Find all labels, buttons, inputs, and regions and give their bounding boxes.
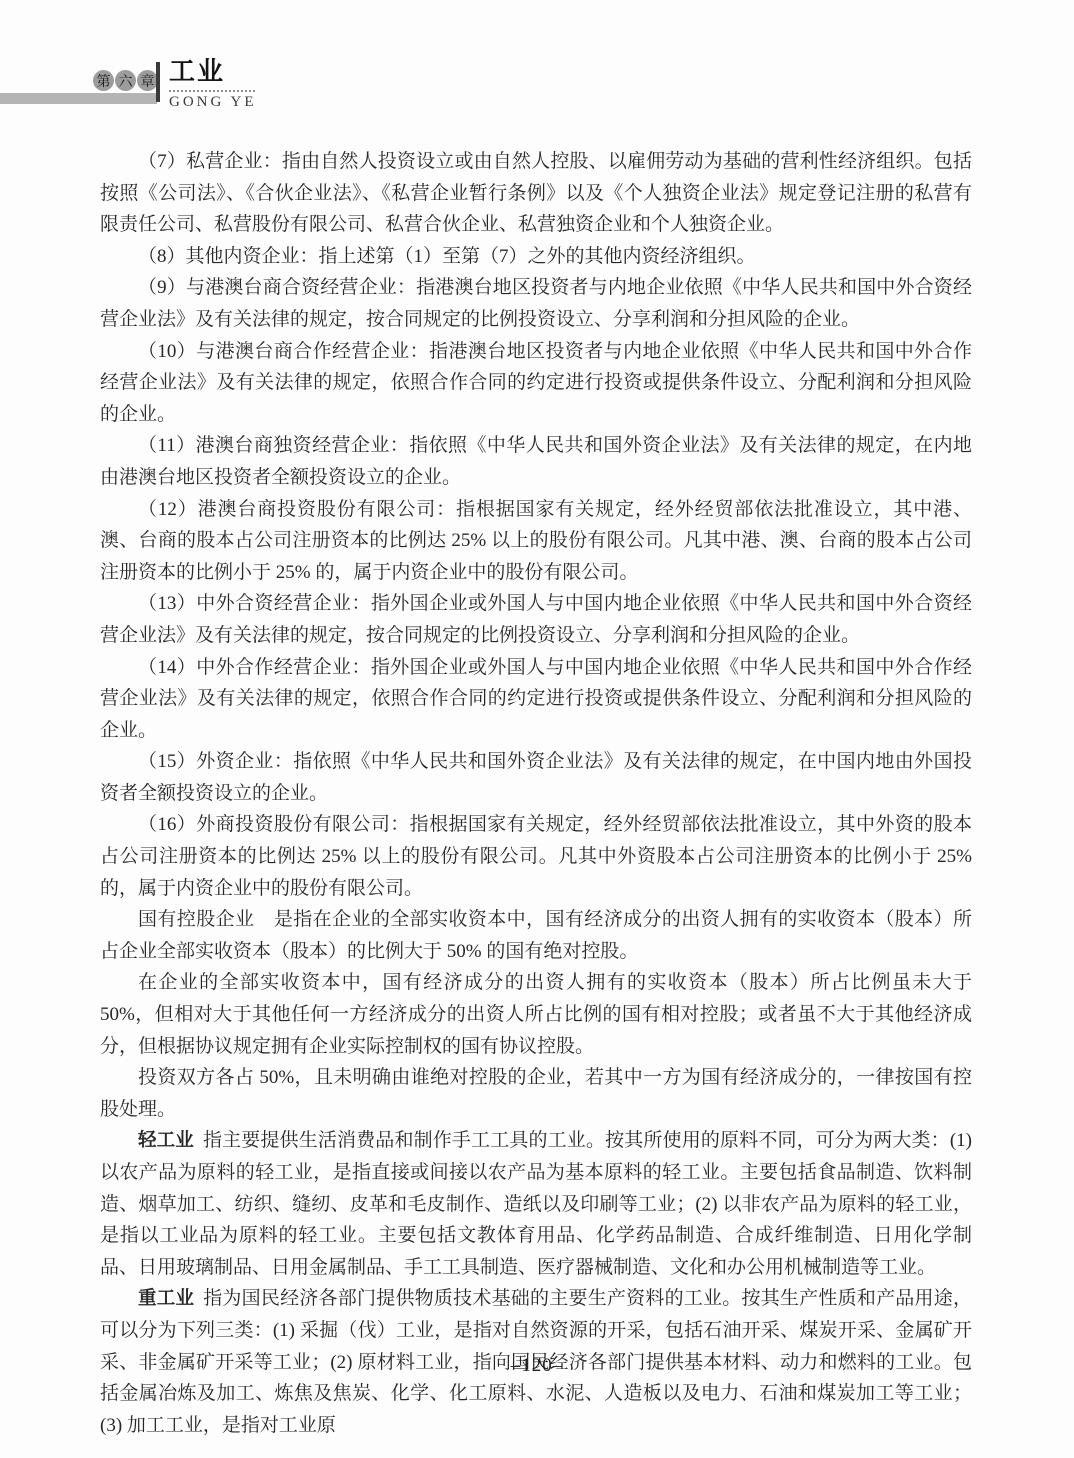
paragraph-fifty-fifty: 投资双方各占 50%，且未明确由谁绝对控股的企业，若其中一方为国有经济成分的，一… [100,1062,972,1125]
light-industry-definition: 指主要提供生活消费品和制作手工工具的工业。按其所使用的原料不同，可分为两大类：(… [100,1130,972,1277]
body-text: （7）私营企业：指由自然人投资设立或由自然人控股、以雇佣劳动为基础的营利性经济组… [100,146,972,1441]
chapter-badge: 第 六 章 [93,70,158,91]
paragraph-10: （10）与港澳台商合作经营企业：指港澳台地区投资者与内地企业依照《中华人民共和国… [100,336,972,431]
term-heavy-industry: 重工业 [138,1288,194,1309]
paragraph-13: （13）中外合资经营企业：指外国企业或外国人与中国内地企业依照《中华人民共和国中… [100,588,972,651]
paragraph-11: （11）港澳台商独资经营企业：指依照《中华人民共和国外资企业法》及有关法律的规定… [100,430,972,493]
chapter-title: 工业 [169,58,255,92]
chapter-subtitle: GONG YE [169,94,257,111]
page-number: –120– [0,1355,1074,1377]
term-light-industry: 轻工业 [138,1130,194,1151]
paragraph-state-holding: 国有控股企业 是指在企业的全部实收资本中，国有经济成分的出资人拥有的实收资本（股… [100,904,972,967]
paragraph-state-relative-holding: 在企业的全部实收资本中，国有经济成分的出资人拥有的实收资本（股本）所占比例虽未大… [100,967,972,1062]
paragraph-14: （14）中外合作经营企业：指外国企业或外国人与中国内地企业依照《中华人民共和国中… [100,652,972,747]
chapter-badge-char-1: 第 [93,70,114,91]
header-divider [156,62,160,102]
chapter-badge-char-3: 章 [137,70,158,91]
paragraph-8: （8）其他内资企业：指上述第（1）至第（7）之外的其他内资经济组织。 [100,241,972,273]
paragraph-light-industry: 轻工业指主要提供生活消费品和制作手工工具的工业。按其所使用的原料不同，可分为两大… [100,1125,972,1283]
paragraph-16: （16）外商投资股份有限公司：指根据国家有关规定，经外经贸部依法批准设立，其中外… [100,809,972,904]
document-page: 第 六 章 工业 GONG YE （7）私营企业：指由自然人投资设立或由自然人控… [0,0,1074,1458]
paragraph-9: （9）与港澳台商合资经营企业：指港澳台地区投资者与内地企业依照《中华人民共和国中… [100,272,972,335]
chapter-title-block: 工业 GONG YE [169,58,257,111]
chapter-badge-char-2: 六 [115,70,136,91]
paragraph-12: （12）港澳台商投资股份有限公司：指根据国家有关规定，经外经贸部依法批准设立，其… [100,494,972,589]
header-gray-bar [0,93,157,104]
paragraph-7: （7）私营企业：指由自然人投资设立或由自然人控股、以雇佣劳动为基础的营利性经济组… [100,146,972,241]
paragraph-15: （15）外资企业：指依照《中华人民共和国外资企业法》及有关法律的规定，在中国内地… [100,746,972,809]
